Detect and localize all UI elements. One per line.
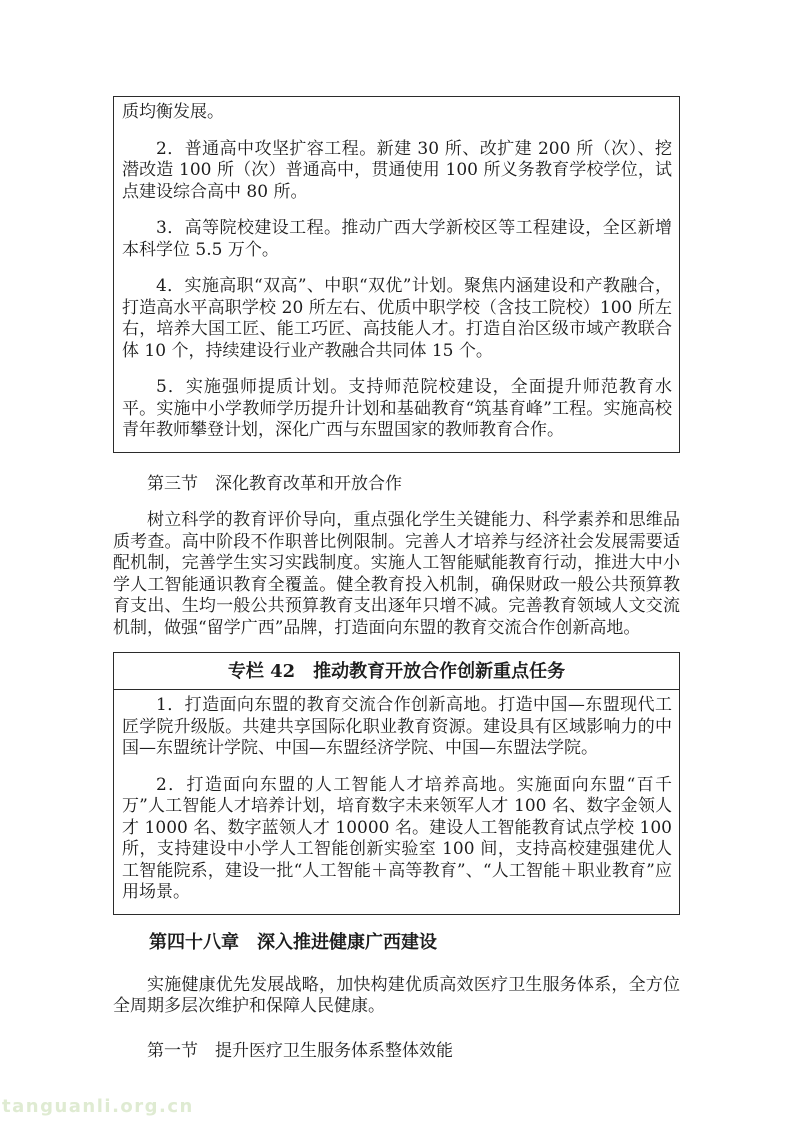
chapter-48-heading: 第四十八章 深入推进健康广西建设 <box>113 932 680 954</box>
watermark: tanguanli.org.cn <box>2 1096 194 1117</box>
box1-paragraph-3: 3．高等院校建设工程。推动广西大学新校区等工程建设，全区新增本科学位 5.5 万… <box>122 218 672 261</box>
reform-paragraph: 树立科学的教育评价导向，重点强化学生关键能力、科学素养和思维品质考查。高中阶段不… <box>113 510 680 639</box>
box2-paragraph-1: 1．打造面向东盟的教育交流合作创新高地。打造中国—东盟现代工匠学院升级版。共建共… <box>122 695 672 760</box>
document-page: 质均衡发展。 2．普通高中攻坚扩容工程。新建 30 所、改扩建 200 所（次）… <box>0 0 793 1122</box>
health-paragraph: 实施健康优先发展战略，加快构建优质高效医疗卫生服务体系，全方位全周期多层次维护和… <box>113 975 680 1018</box>
document-content: 质均衡发展。 2．普通高中攻坚扩容工程。新建 30 所、改扩建 200 所（次）… <box>113 96 680 1062</box>
box1-paragraph-5: 5．实施强师提质计划。支持师范院校建设，全面提升师范教育水平。实施中小学教师学历… <box>122 377 672 442</box>
box2-paragraph-2: 2．打造面向东盟的人工智能人才培养高地。实施面向东盟“百千万”人工智能人才培养计… <box>122 775 672 904</box>
column-42-box: 专栏 42 推动教育开放合作创新重点任务 1．打造面向东盟的教育交流合作创新高地… <box>113 652 680 915</box>
box1-paragraph-4: 4．实施高职“双高”、中职“双优”计划。聚焦内涵建设和产教融合，打造高水平高职学… <box>122 276 672 362</box>
section-heading-1: 第一节 提升医疗卫生服务体系整体效能 <box>113 1041 680 1063</box>
box1-continuation-line: 质均衡发展。 <box>122 102 672 124</box>
column-42-title: 专栏 42 推动教育开放合作创新重点任务 <box>114 653 679 690</box>
box1-paragraph-2: 2．普通高中攻坚扩容工程。新建 30 所、改扩建 200 所（次）、挖潜改造 1… <box>122 139 672 204</box>
column-42-box-body: 1．打造面向东盟的教育交流合作创新高地。打造中国—东盟现代工匠学院升级版。共建共… <box>114 690 679 914</box>
section-heading-3: 第三节 深化教育改革和开放合作 <box>113 474 680 496</box>
numbered-tasks-box-body: 质均衡发展。 2．普通高中攻坚扩容工程。新建 30 所、改扩建 200 所（次）… <box>114 97 679 452</box>
numbered-tasks-box: 质均衡发展。 2．普通高中攻坚扩容工程。新建 30 所、改扩建 200 所（次）… <box>113 96 680 453</box>
